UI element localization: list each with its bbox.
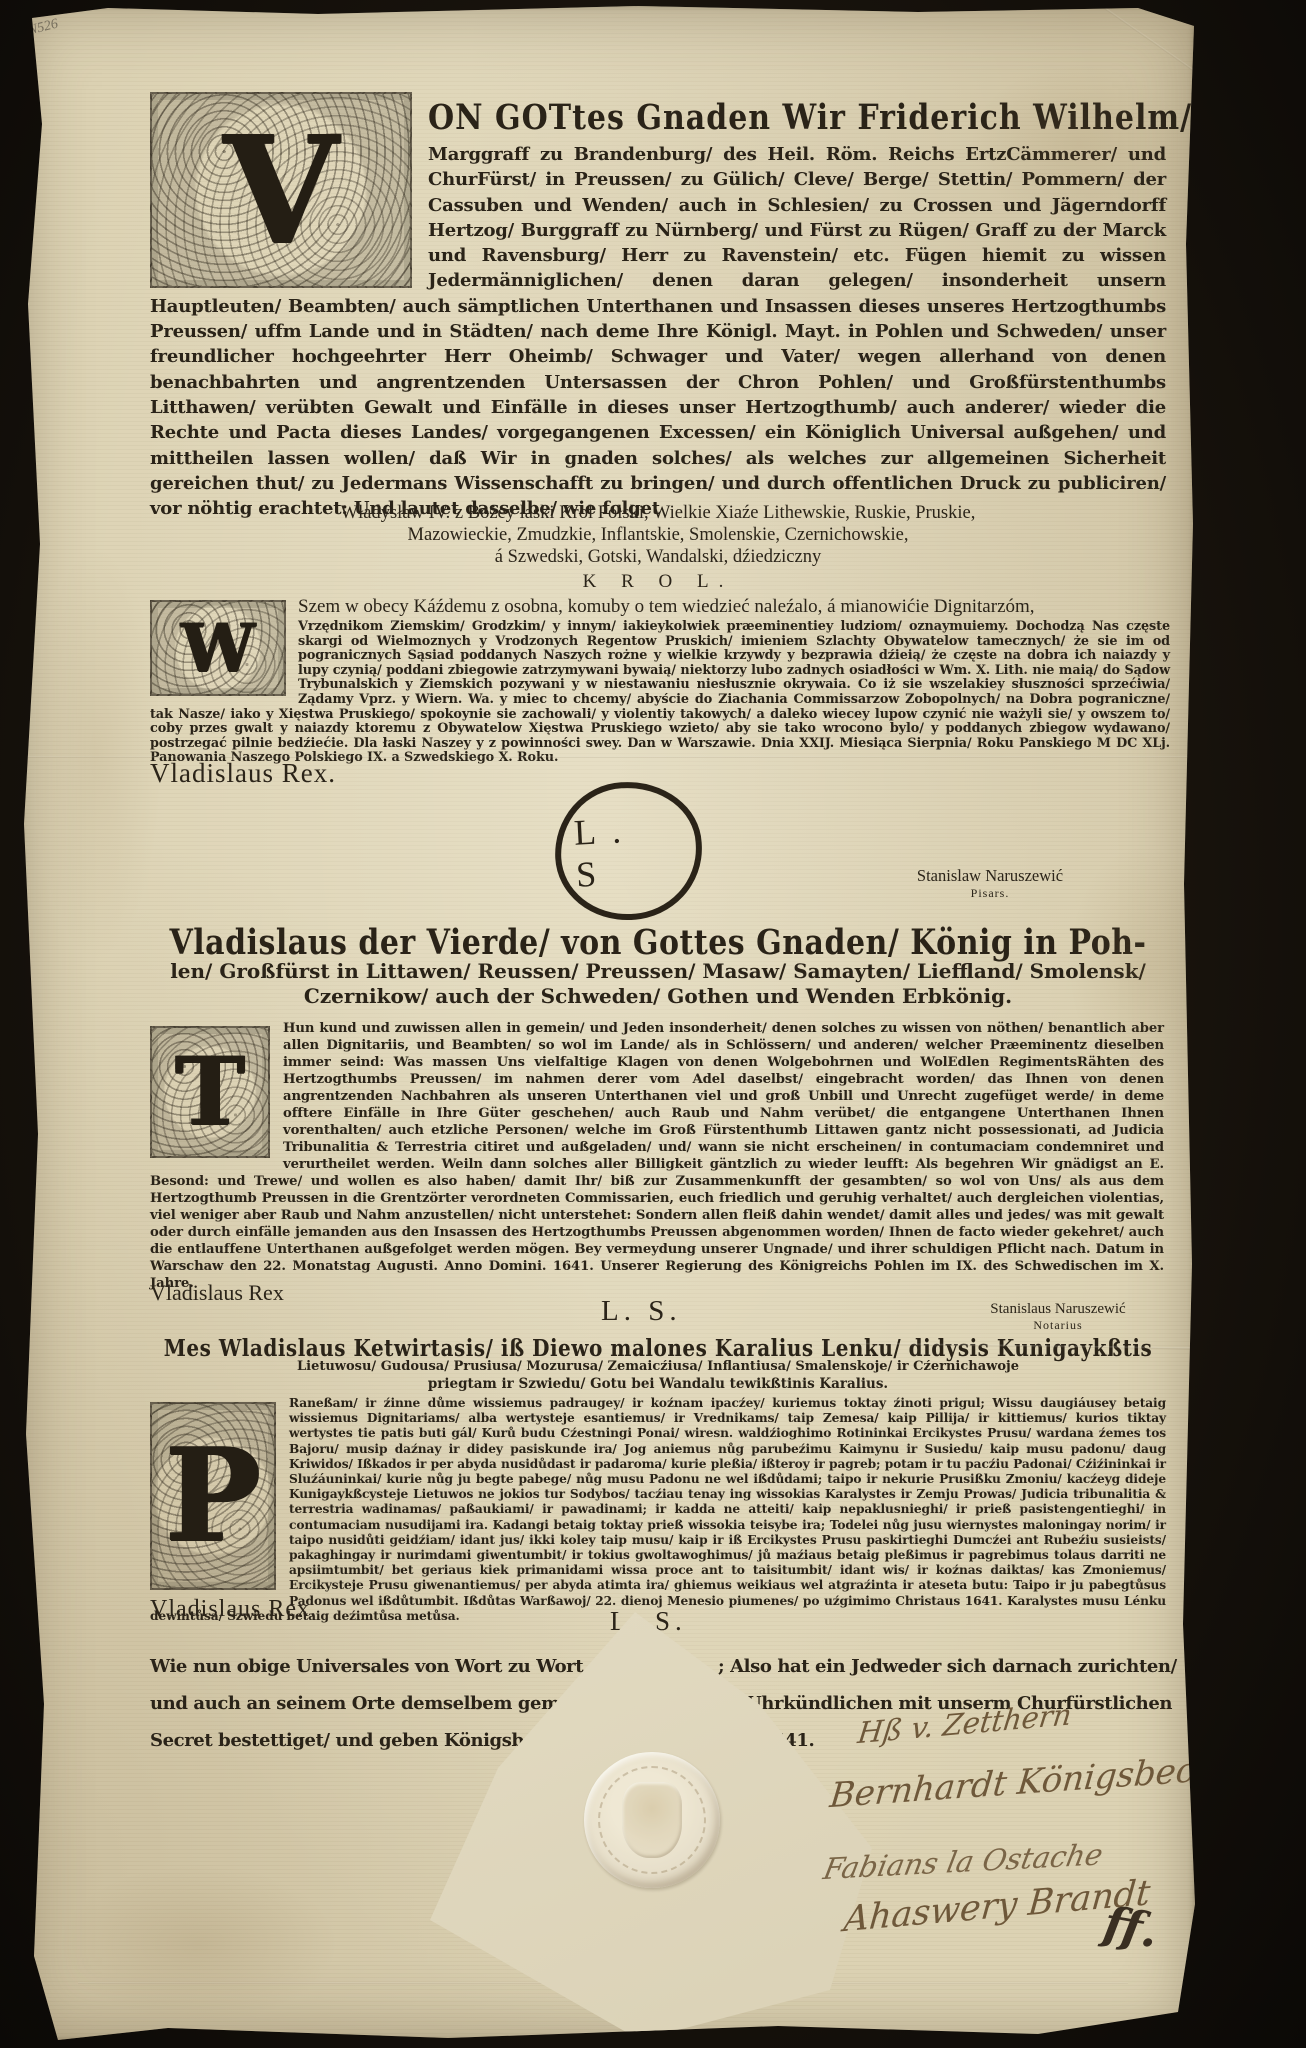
polish-title-krol: K R O L. [150,571,1166,593]
german-heading-line: Vladislaus der Vierde/ von Gottes Gnaden… [150,924,1166,963]
archival-number: N526 [27,17,60,40]
polish-title-line: Mazowieckie, Zmudzkie, Inflantskie, Smol… [150,524,1166,546]
signoff-vladislaus-rex: Vladislaus Rex. [150,1596,317,1623]
closing-fragment-left: Wie nun obige Universales von Wort zu Wo… [150,1656,583,1677]
german-decree-paragraph: T Hun kund und zuwissen allen in gemein/… [150,1020,1164,1292]
embossed-seal-shield [622,1782,682,1858]
german-heading-line: Czernikow/ auch der Schweden/ Gothen und… [150,984,1166,1008]
lithuanian-decree-body: Raneßam/ ir źinne důme wissiemus padraug… [150,1396,1166,1623]
intro-first-line: ON GOTtes Gnaden Wir Friderich Wilhelm/ [150,86,1166,151]
closing-fragment-left: Secret bestettiget/ und geben Königsberg [150,1730,556,1751]
document-paper: N526 V ON GOTtes Gnaden Wir Friderich Wi… [18,4,1196,2042]
paper-crease [18,756,1196,758]
seal-ls-label: L. S [559,806,698,897]
polish-decree-body: Vrzędnikom Ziemskim/ Grodzkim/ y innym/ … [150,620,1170,766]
polish-title-line: á Szwedski, Gotski, Wandalski, dźiedzicz… [150,546,1166,568]
woodcut-initial-T: T [150,1026,270,1158]
scribe-attestation: Stanislaw Naruszewić Pisars. [870,866,1110,901]
woodcut-initial-W: W [150,600,286,696]
scribe-attestation: Stanislaus Naruszewić Notarius [948,1301,1168,1333]
polish-decree-paragraph: W Szem w obecy Káźdemu z osobna, komuby … [150,594,1170,766]
closing-fragment-left: und auch an seinem Orte demselbem gemee [150,1693,582,1714]
scan-background: N526 V ON GOTtes Gnaden Wir Friderich Wi… [0,0,1306,2048]
closing-fragment-right: ; Also hat ein Jedweder sich darnach zur… [718,1656,1177,1677]
woodcut-initial-P: P [150,1402,276,1590]
lithuanian-heading-line: Mes Wladislaus Ketwirtasis/ iß Diewo mal… [150,1334,1166,1362]
polish-royal-title: Władysław IV. z Bożey łaski Krol Połski,… [150,502,1166,593]
drop-cap-letter: W [181,615,255,681]
lithuanian-heading-line: priegtam ir Szwiedu/ Gotu bei Wandalu te… [150,1376,1166,1393]
ink-flourish-mark: ff. [1100,1896,1163,1959]
scribe-name: Stanislaus Naruszewić [948,1301,1168,1318]
scribe-title: Notarius [948,1318,1168,1333]
scribe-name: Stanislaw Naruszewić [870,866,1110,886]
lithuanian-decree-paragraph: P Raneßam/ ir źinne důme wissiemus padra… [150,1396,1166,1624]
german-decree-body: Hun kund und zuwissen allen in gemein/ u… [150,1021,1164,1291]
seal-ls-label: L. S. [601,1295,682,1328]
drop-cap-letter: P [165,1432,261,1560]
german-intro-paragraph: V ON GOTtes Gnaden Wir Friderich Wilhelm… [150,86,1166,521]
lithuanian-royal-heading: Mes Wladislaus Ketwirtasis/ iß Diewo mal… [150,1334,1166,1393]
embossed-blind-seal [584,1752,720,1888]
signoff-vladislaus-rex: Vladislaus Rex. [150,758,336,789]
paper-stain [58,1864,338,2024]
polish-decree-first-line: Szem w obecy Káźdemu z osobna, komuby o … [150,594,1170,620]
polish-title-line: Władysław IV. z Bożey łaski Krol Połski,… [150,502,1166,524]
paper-stain [32,544,162,964]
locus-sigilli-seal-circle: L. S [551,778,705,924]
scribe-title: Pisars. [870,886,1110,901]
drop-cap-letter: T [175,1045,245,1139]
german-royal-heading: Vladislaus der Vierde/ von Gottes Gnaden… [150,924,1166,1008]
signoff-vladislaus-rex: Vladislaus Rex [150,1280,284,1306]
